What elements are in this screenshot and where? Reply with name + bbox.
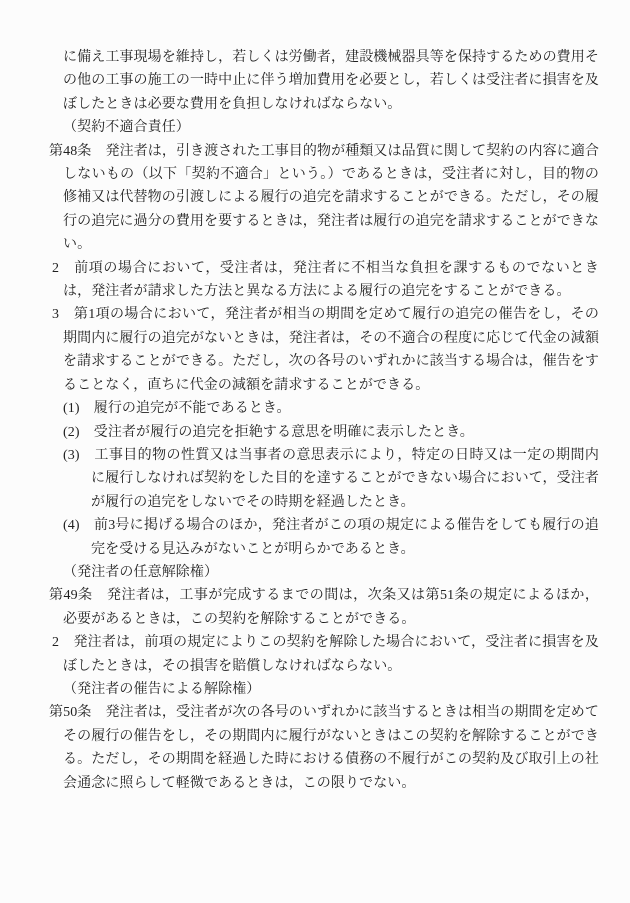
block-text: 発注者は，受注者が次の各号のいずれかに該当するときは相当の期間を定めてその履行の… — [63, 705, 599, 790]
block-number: 第48条 — [49, 144, 106, 159]
block-number: (1) — [63, 401, 94, 416]
block-number: 2 — [52, 261, 74, 276]
item-4: (4) 前3号に掲げる場合のほか，発注者がこの項の規定による催告をしても履行の追… — [91, 514, 599, 561]
block-text: 履行の追完が不能であるとき。 — [94, 401, 291, 416]
article-50: 第50条 発注者は，受注者が次の各号のいずれかに該当するときは相当の期間を定めて… — [63, 701, 599, 795]
block-number: (2) — [63, 425, 94, 440]
article-48: 第48条 発注者は，引き渡された工事目的物が種類又は品質に関して契約の内容に適合… — [63, 140, 599, 257]
heading: （発注者の任意解除権） — [63, 561, 599, 584]
paragraph-2: 2 発注者は，前項の規定によりこの契約を解除した場合において，受注者に損害を及ぼ… — [63, 631, 599, 678]
item-1: (1) 履行の追完が不能であるとき。 — [91, 397, 599, 420]
block-number: 第50条 — [49, 705, 106, 720]
contract-document-page: に備え工事現場を維持し，若しくは労働者，建設機械器具等を保持するための費用その他… — [0, 0, 630, 903]
block-text: 前項の場合において，受注者は，発注者に不相当な負担を課するものでないときは，発注… — [63, 261, 599, 299]
heading: （契約不適合責任） — [63, 116, 599, 139]
item-3: (3) 工事目的物の性質又は当事者の意思表示により，特定の日時又は一定の期間内に… — [91, 444, 599, 514]
block-number: 第49条 — [49, 588, 107, 603]
block-text: 前3号に掲げる場合のほか，発注者がこの項の規定による催告をしても履行の追完を受け… — [91, 518, 599, 556]
item-2: (2) 受注者が履行の追完を拒絶する意思を明確に表示したとき。 — [91, 421, 599, 444]
paragraph-2: 2 前項の場合において，受注者は，発注者に不相当な負担を課するものでないときは，… — [63, 257, 599, 304]
document-body: に備え工事現場を維持し，若しくは労働者，建設機械器具等を保持するための費用その他… — [49, 46, 599, 795]
continuation: に備え工事現場を維持し，若しくは労働者，建設機械器具等を保持するための費用その他… — [63, 46, 599, 116]
block-text: 受注者が履行の追完を拒絶する意思を明確に表示したとき。 — [94, 425, 474, 440]
block-number: (4) — [63, 518, 94, 533]
heading: （発注者の催告による解除権） — [63, 678, 599, 701]
block-number: 3 — [52, 307, 74, 322]
block-text: 工事目的物の性質又は当事者の意思表示により，特定の日時又は一定の期間内に履行しな… — [91, 448, 599, 510]
block-text: 第1項の場合において，発注者が相当の期間を定めて履行の追完の催告をし，その期間内… — [63, 307, 599, 392]
block-number: (3) — [63, 448, 94, 463]
block-text: 発注者は，工事が完成するまでの間は，次条又は第51条の規定によるほか，必要がある… — [63, 588, 599, 626]
article-49: 第49条 発注者は，工事が完成するまでの間は，次条又は第51条の規定によるほか，… — [63, 584, 599, 631]
block-number: 2 — [52, 635, 73, 650]
paragraph-3: 3 第1項の場合において，発注者が相当の期間を定めて履行の追完の催告をし，その期… — [63, 303, 599, 397]
block-text: 発注者は，前項の規定によりこの契約を解除した場合において，受注者に損害を及ぼした… — [63, 635, 599, 673]
block-text: 発注者は，引き渡された工事目的物が種類又は品質に関して契約の内容に適合しないもの… — [63, 144, 599, 253]
